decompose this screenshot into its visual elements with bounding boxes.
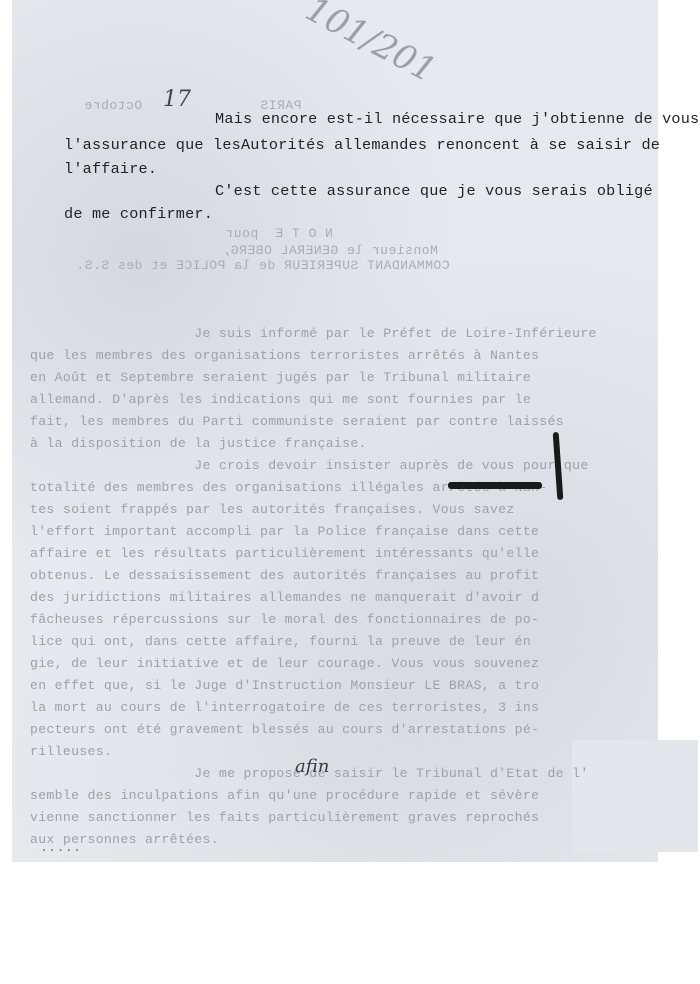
handwritten-insert: afin xyxy=(295,756,329,777)
body-line: obtenus. Le dessaisissement des autorité… xyxy=(30,568,539,583)
body-line: gie, de leur initiative et de leur coura… xyxy=(30,656,539,671)
body-line: que les membres des organisations terror… xyxy=(30,348,539,363)
body-line: à la disposition de la justice française… xyxy=(30,436,367,451)
body-line: l'effort important accompli par la Polic… xyxy=(30,524,539,539)
body-line: tes soient frappés par les autorités fra… xyxy=(30,502,515,517)
footer-mark: ..... xyxy=(40,840,82,855)
letter-line-2: l'assurance que lesAutorités allemandes … xyxy=(64,136,660,154)
note-title: N O T E pour xyxy=(225,226,333,241)
body-line: la mort au cours de l'interrogatoire de … xyxy=(30,700,539,715)
body-line: fâcheuses répercussions sur le moral des… xyxy=(30,612,539,627)
body-line: affaire et les résultats particulièremen… xyxy=(30,546,539,561)
underline-mark xyxy=(448,482,542,489)
body-line: Je suis informé par le Préfet de Loire-I… xyxy=(30,326,597,341)
letter-line-3: l'affaire. xyxy=(64,160,157,178)
body-line: en Août et Septembre seraient jugés par … xyxy=(30,370,531,385)
body-line: en effet que, si le Juge d'Instruction M… xyxy=(30,678,539,693)
note-recipient-1: Monsieur le GENERAL OBERG, xyxy=(222,243,438,258)
letter-line-4: C'est cette assurance que je vous serais… xyxy=(215,182,653,200)
body-line: Je crois devoir insister auprès de vous … xyxy=(30,458,589,473)
handwritten-date: 17 xyxy=(163,87,191,112)
body-line: des juridictions militaires allemandes n… xyxy=(30,590,539,605)
ghost-date-word: Octobre xyxy=(84,98,142,113)
body-line: fait, les membres du Parti communiste se… xyxy=(30,414,564,429)
note-recipient-2: COMMANDANT SUPERIEUR de la POLICE et des… xyxy=(76,258,450,273)
letter-line-1: Mais encore est-il nécessaire que j'obti… xyxy=(215,110,699,128)
page-fold xyxy=(572,740,698,852)
body-line: lice qui ont, dans cette affaire, fourni… xyxy=(30,634,531,649)
letter-line-5: de me confirmer. xyxy=(64,205,213,223)
body-line: pecteurs ont été gravement blessés au co… xyxy=(30,722,539,737)
body-line: semble des inculpations afin qu'une proc… xyxy=(30,788,539,803)
body-line: rilleuses. xyxy=(30,744,112,759)
body-line: allemand. D'après les indications qui me… xyxy=(30,392,531,407)
body-line: vienne sanctionner les faits particulièr… xyxy=(30,810,539,825)
